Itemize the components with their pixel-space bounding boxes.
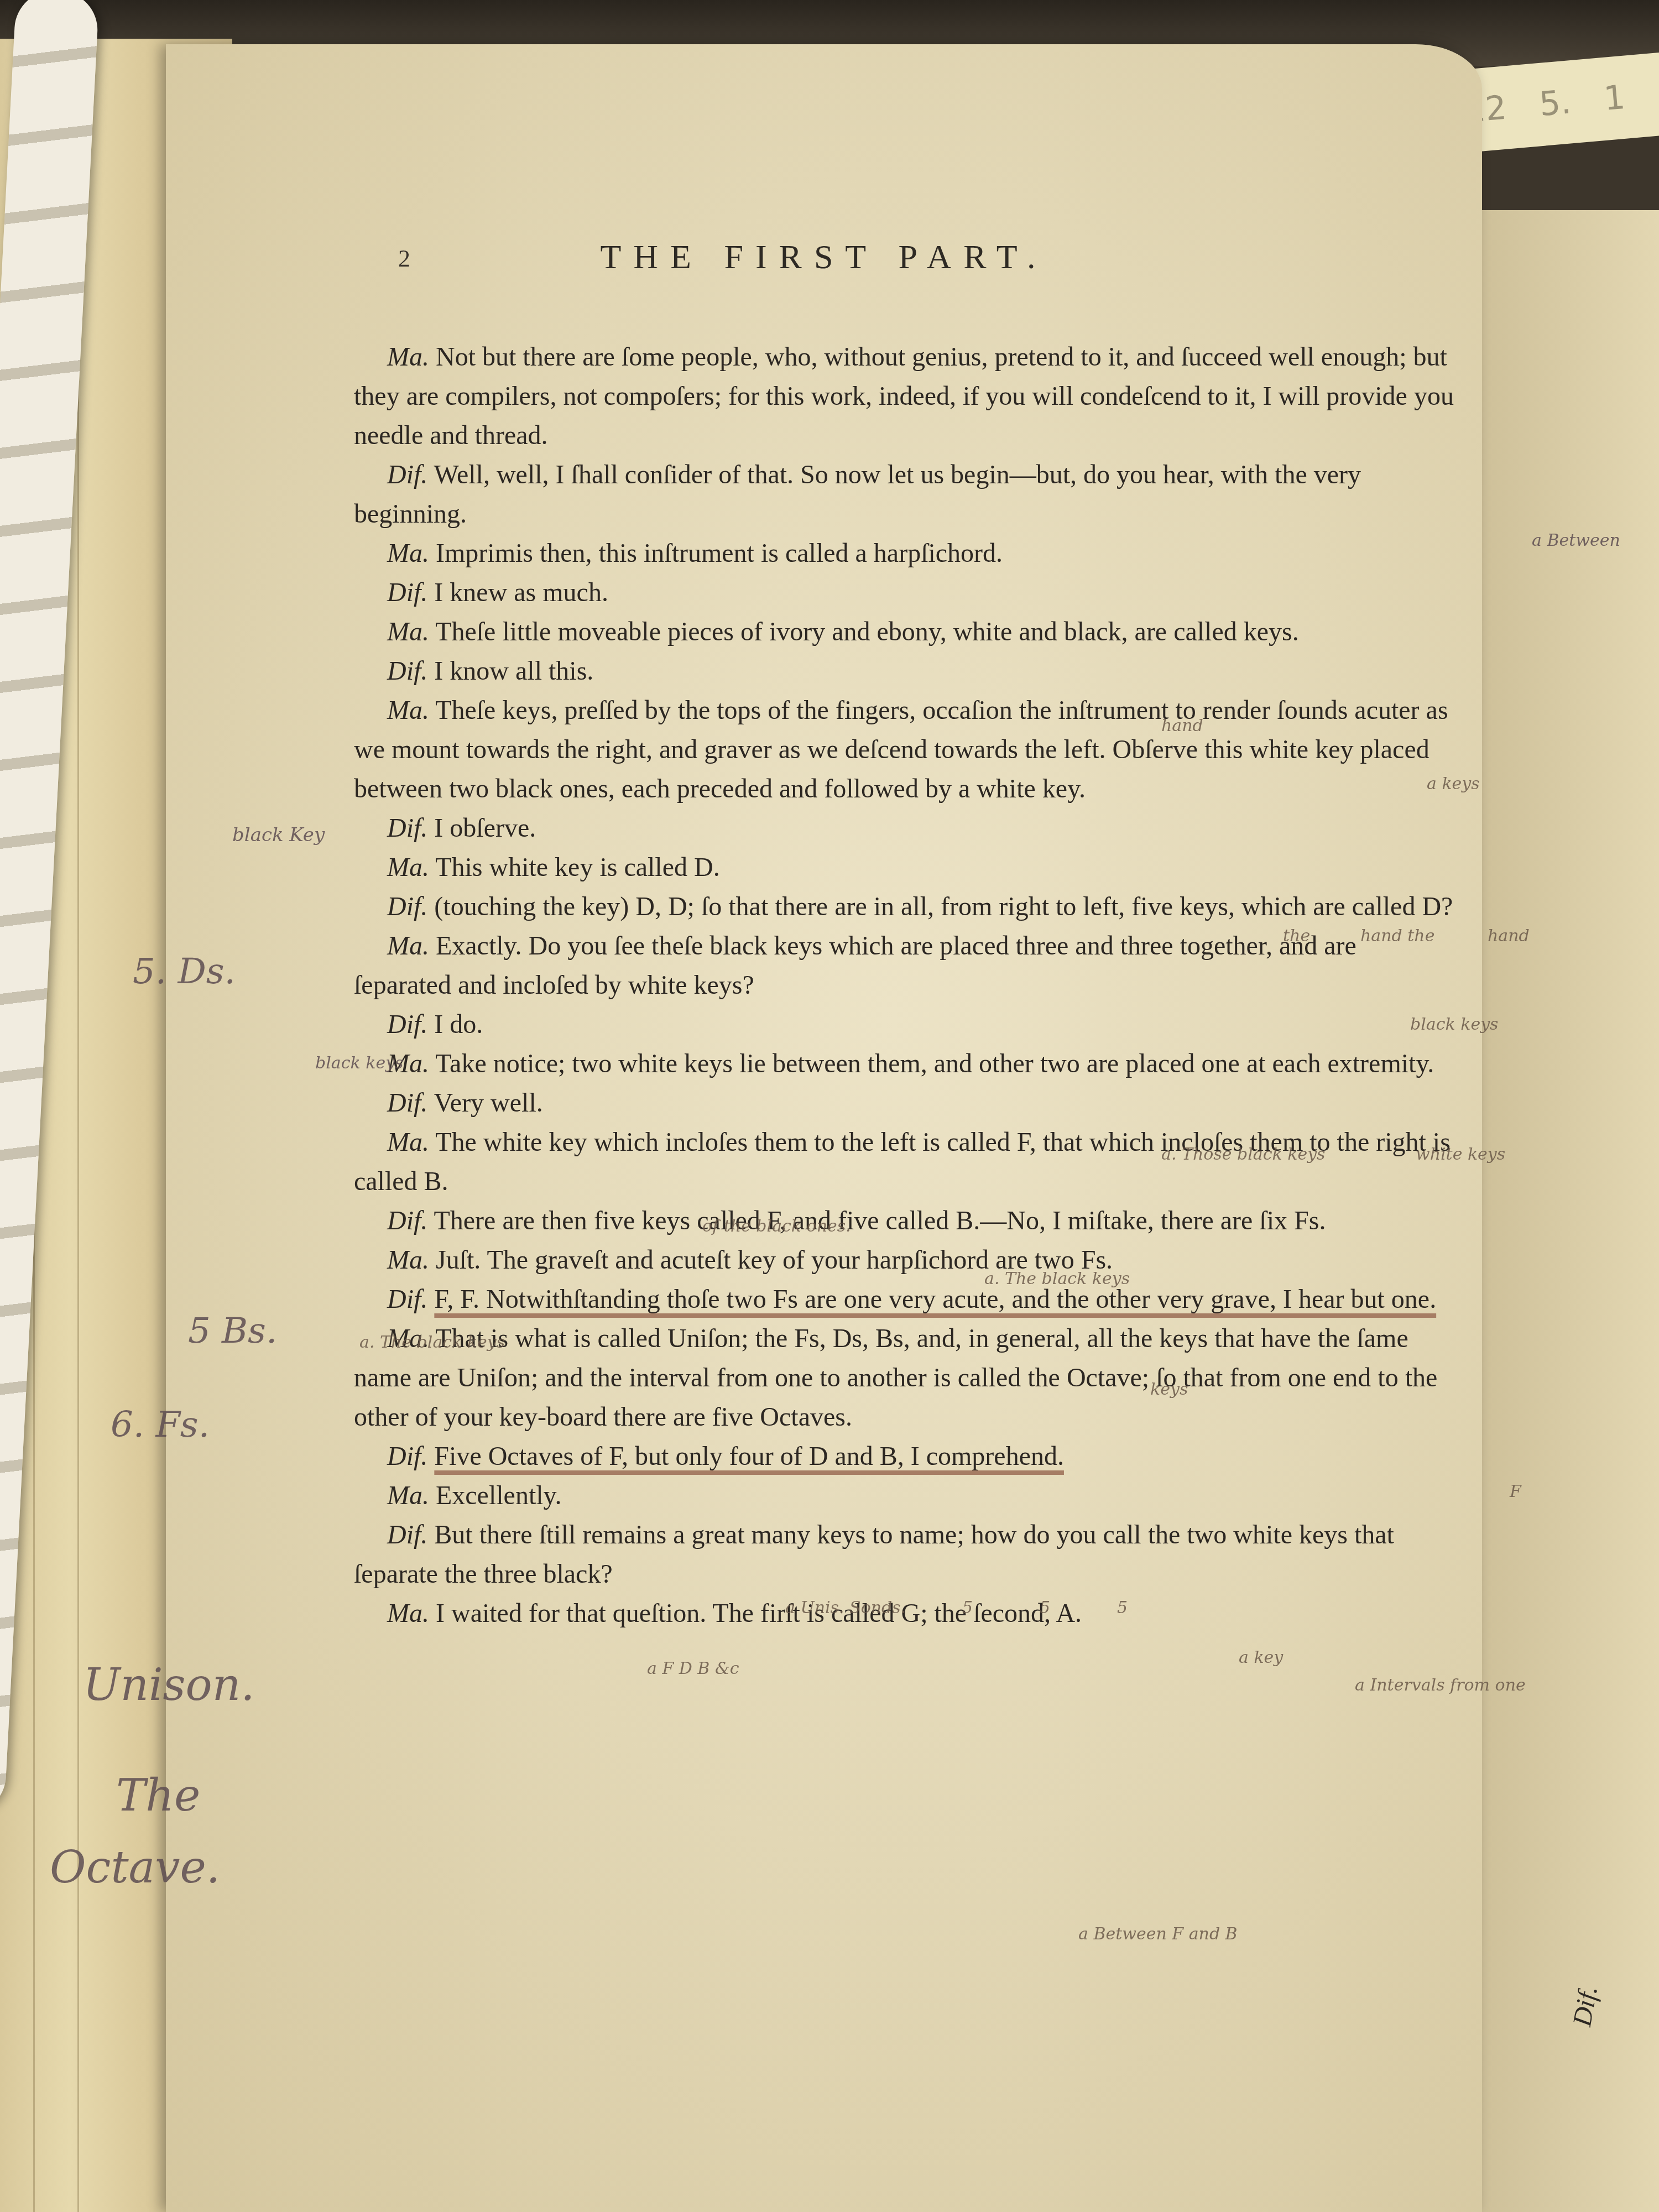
running-head: THE FIRST PART. — [166, 238, 1482, 277]
margin-note: black keys — [315, 1053, 403, 1073]
paragraph: Ma. This white key is called D. — [354, 848, 1460, 887]
speaker: Ma. — [387, 853, 429, 882]
paragraph: Ma. Take notice; two white keys lie betw… — [354, 1044, 1460, 1083]
interlinear-note: hand — [1161, 716, 1203, 735]
interlinear-note: 5 — [962, 1598, 973, 1618]
speaker: Ma. — [387, 617, 429, 646]
underlined-text: F, F. Notwithſtanding thoſe two Fs are o… — [434, 1285, 1436, 1314]
paragraph-text: I knew as much. — [434, 578, 608, 607]
margin-note: a Between — [1532, 531, 1620, 550]
tab-text: 5. — [1538, 82, 1573, 124]
paragraph-text: Very well. — [434, 1088, 542, 1118]
interlinear-note: the — [1283, 926, 1310, 946]
paragraph-text: Take notice; two white keys lie between … — [435, 1049, 1434, 1078]
paragraph: Ma. I waited for that queſtion. The firſ… — [354, 1594, 1460, 1633]
interlinear-note: black keys — [1410, 1015, 1498, 1034]
margin-note: Unison. — [83, 1659, 255, 1710]
interlinear-note: of the black ones. — [702, 1217, 851, 1236]
paragraph-text: Well, well, I ſhall conſider of that. So… — [354, 460, 1361, 529]
book-page: 2 THE FIRST PART. Ma. Not but there are … — [166, 44, 1482, 2212]
paragraph: Dif. I do. — [354, 1005, 1460, 1044]
interlinear-note: a key — [1239, 1648, 1283, 1667]
interlinear-note: F — [1510, 1482, 1521, 1501]
right-page-stack — [1471, 210, 1659, 2212]
paragraph: Dif. But there ſtill remains a great man… — [354, 1515, 1460, 1594]
speaker: Dif. — [387, 578, 427, 607]
speaker: Ma. — [387, 1128, 429, 1157]
speaker: Ma. — [387, 931, 429, 961]
interlinear-note: a. The black keys — [984, 1269, 1130, 1288]
speaker: Ma. — [387, 1481, 429, 1510]
interlinear-note: white keys — [1416, 1145, 1505, 1164]
paragraph-text: This white key is called D. — [435, 853, 720, 882]
interlinear-note: hand the — [1360, 926, 1434, 946]
speaker: Dif. — [387, 1010, 427, 1039]
paragraph: Ma. Excellently. — [354, 1476, 1460, 1515]
paragraph: Dif. Five Octaves of F, but only four of… — [354, 1437, 1460, 1476]
paragraph: Dif. There are then five keys called F, … — [354, 1201, 1460, 1240]
speaker: Ma. — [387, 1599, 429, 1628]
margin-note: 5 Bs. — [188, 1311, 277, 1352]
paragraph-text: I waited for that queſtion. The firſt is… — [436, 1599, 1082, 1628]
paragraph-text: There are then five keys called F, and f… — [434, 1206, 1326, 1235]
margin-note: The — [116, 1770, 200, 1821]
paragraph-text: Theſe little moveable pieces of ivory an… — [435, 617, 1299, 646]
speaker: Dif. — [387, 656, 427, 686]
paragraph: Ma. Juſt. The graveſt and acuteſt key of… — [354, 1240, 1460, 1280]
paragraph-text: Not but there are ſome people, who, with… — [354, 342, 1454, 450]
speaker: Dif. — [387, 1285, 427, 1314]
interlinear-note: a keys — [1427, 774, 1480, 794]
interlinear-note: a Between F and B — [1078, 1924, 1238, 1944]
underlined-text: Five Octaves of F, but only four of D an… — [434, 1442, 1064, 1471]
interlinear-note: a. Those black keys — [1161, 1145, 1326, 1164]
paragraph: Ma. Theſe keys, preſſed by the tops of t… — [354, 691, 1460, 808]
margin-note: 5. Ds. — [133, 951, 236, 992]
paragraph-text: (touching the key) D, D; ſo that there a… — [434, 892, 1453, 921]
paragraph: Dif. I knew as much. — [354, 573, 1460, 612]
paragraph: Ma. Imprimis then, this inſtrument is ca… — [354, 534, 1460, 573]
paragraph-text: I do. — [434, 1010, 483, 1039]
interlinear-note: a F D B &c — [647, 1659, 739, 1678]
interlinear-note: a. The black keys — [359, 1333, 505, 1352]
interlinear-note: a Unis. Sonds. — [785, 1598, 906, 1618]
speaker: Ma. — [387, 696, 429, 725]
paragraph: Dif. I know all this. — [354, 651, 1460, 691]
interlinear-note: 5 — [1117, 1598, 1128, 1618]
interlinear-note: keys — [1150, 1380, 1188, 1399]
paragraph: Dif. Well, well, I ſhall conſider of tha… — [354, 455, 1460, 534]
paragraph: Ma. That is what is called Uniſon; the F… — [354, 1319, 1460, 1437]
speaker: Dif. — [387, 1442, 427, 1471]
speaker: Dif. — [387, 813, 427, 843]
paragraph: Dif. F, F. Notwithſtanding thoſe two Fs … — [354, 1280, 1460, 1319]
paragraph-text: I obſerve. — [434, 813, 536, 843]
speaker: Dif. — [387, 1520, 427, 1550]
margin-note: Octave. — [50, 1841, 220, 1893]
margin-note: black Key — [232, 824, 325, 846]
paragraph-text: Imprimis then, this inſtrument is called… — [436, 539, 1003, 568]
speaker: Ma. — [387, 1245, 429, 1275]
interlinear-note: a Intervals from one — [1355, 1676, 1526, 1695]
interlinear-note: hand — [1488, 926, 1530, 946]
interlinear-note: 5 — [1040, 1598, 1050, 1618]
dialogue-text: Ma. Not but there are ſome people, who, … — [354, 337, 1460, 1633]
speaker: Dif. — [387, 460, 427, 489]
tab-text: 1 — [1603, 78, 1627, 118]
paragraph-text: Excellently. — [436, 1481, 561, 1510]
margin-note: 6. Fs. — [111, 1405, 210, 1446]
paragraph: Ma. Not but there are ſome people, who, … — [354, 337, 1460, 455]
paragraph-text: But there ſtill remains a great many key… — [354, 1520, 1394, 1589]
paragraph-text: Exactly. Do you ſee theſe black keys whi… — [354, 931, 1357, 1000]
paragraph-text: I know all this. — [434, 656, 593, 686]
paragraph: Ma. Theſe little moveable pieces of ivor… — [354, 612, 1460, 651]
paragraph-text: Theſe keys, preſſed by the tops of the f… — [354, 696, 1448, 804]
paragraph: Dif. (touching the key) D, D; ſo that th… — [354, 887, 1460, 926]
speaker: Ma. — [387, 539, 429, 568]
paragraph: Dif. Very well. — [354, 1083, 1460, 1123]
paragraph: Dif. I obſerve. — [354, 808, 1460, 848]
paragraph-text: That is what is called Uniſon; the Fs, D… — [354, 1324, 1437, 1432]
speaker: Dif. — [387, 1206, 427, 1235]
speaker: Ma. — [387, 342, 429, 372]
speaker: Dif. — [387, 1088, 427, 1118]
speaker: Dif. — [387, 892, 427, 921]
